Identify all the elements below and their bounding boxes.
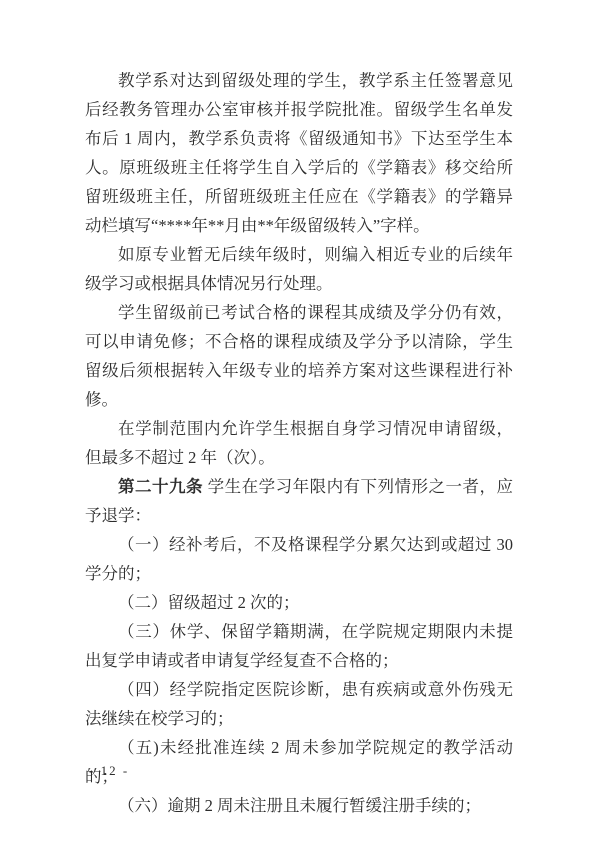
paragraph-no-successor-grade: 如原专业暂无后续年级时，则编入相近专业的后续年级学习或根据具体情况另行处理。 [85, 240, 513, 298]
clause-item-5: （五)未经批准连续 2 周未参加学院规定的教学活动的； [85, 733, 513, 791]
clause-item-4: （四）经学院指定医院诊断，患有疾病或意外伤残无法继续在校学习的； [85, 675, 513, 733]
document-page: 教学系对达到留级处理的学生，教学系主任签署意见后经教务管理办公室审核并报学院批准… [0, 0, 595, 841]
document-body: 教学系对达到留级处理的学生，教学系主任签署意见后经教务管理办公室审核并报学院批准… [85, 66, 513, 820]
clause-item-6: （六）逾期 2 周未注册且未履行暂缓注册手续的； [85, 791, 513, 820]
clause-item-1: （一）经补考后，不及格课程学分累欠达到或超过 30 学分的； [85, 530, 513, 588]
paragraph-article-29: 第二十九条 学生在学习年限内有下列情形之一者，应予退学： [85, 472, 513, 530]
clause-item-3: （三）休学、保留学籍期满，在学院规定期限内未提出复学申请或者申请复学经复查不合格… [85, 617, 513, 675]
page-number: - 12 - [89, 763, 129, 779]
clause-item-2: （二）留级超过 2 次的； [85, 588, 513, 617]
paragraph-credit-validity: 学生留级前已考试合格的课程其成绩及学分仍有效，可以申请免修；不合格的课程成绩及学… [85, 298, 513, 414]
paragraph-demotion-procedure: 教学系对达到留级处理的学生，教学系主任签署意见后经教务管理办公室审核并报学院批准… [85, 66, 513, 240]
paragraph-demotion-limit: 在学制范围内允许学生根据自身学习情况申请留级，但最多不超过 2 年（次）。 [85, 414, 513, 472]
article-29-number: 第二十九条 [118, 477, 203, 496]
